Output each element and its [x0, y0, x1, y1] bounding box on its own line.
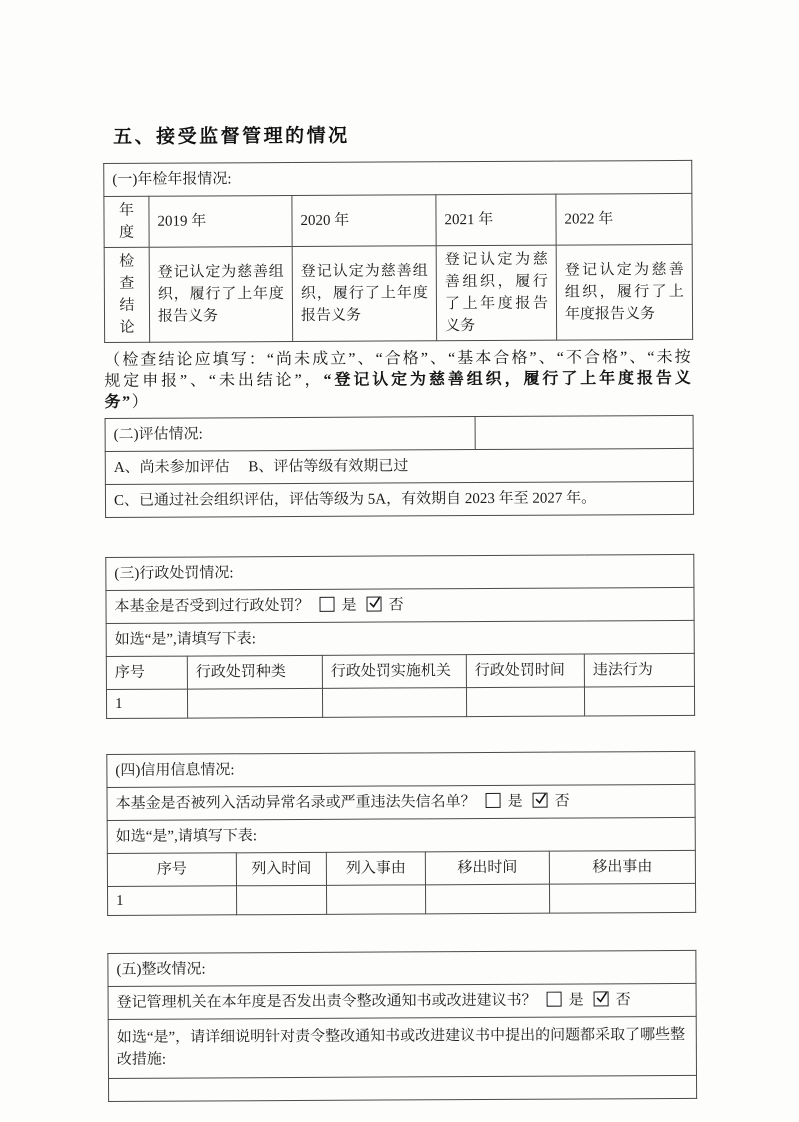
- conclusion-note-suffix: ）: [132, 394, 150, 411]
- year-cell: 2021 年: [436, 194, 556, 246]
- conclusion-note: （检查结论应填写：“尚未成立”、“合格”、“基本合格”、“不合格”、“未按规定申…: [104, 347, 692, 413]
- rectification-yes-label: 是: [569, 992, 584, 1008]
- penalty-question-cell: 本基金是否受到过行政处罚？是否: [106, 587, 694, 623]
- conclusion-cell: 登记认定为慈善组织，履行了上年度报告义务: [556, 244, 692, 340]
- conclusion-cell: 登记认定为慈善组织，履行了上年度报告义务: [292, 246, 436, 342]
- rectification-question-text: 登记管理机关在本年度是否发出责令整改通知书或改进建议书？: [117, 993, 537, 1011]
- penalty-column-header: 行政处罚时间: [466, 654, 584, 688]
- penalty-column-header: 序号: [106, 656, 187, 689]
- credit-data-cell: [425, 884, 549, 914]
- evaluation-result: C、已通过社会组织评估，评估等级为 5A，有效期自 2023 年至 2027 年…: [105, 481, 693, 517]
- credit-data-cell: [326, 885, 425, 915]
- penalty-question-text: 本基金是否受到过行政处罚？: [114, 598, 309, 615]
- annual-inspection-section-label: (一)年检年报情况:: [104, 160, 692, 196]
- administrative-penalty-table: (三)行政处罚情况: 本基金是否受到过行政处罚？是否 如选“是”,请填写下表: …: [105, 554, 695, 719]
- credit-column-header: 列入事由: [326, 852, 425, 886]
- form-content: 五、接受监督管理的情况 (一)年检年报情况: 年度 2019 年 2020 年 …: [103, 119, 696, 1102]
- penalty-data-cell: [466, 687, 584, 717]
- evaluation-section-label: (二)评估情况:: [105, 417, 475, 452]
- rectification-empty-cell: [109, 1075, 697, 1101]
- page-title: 五、接受监督管理的情况: [113, 119, 691, 149]
- year-cell: 2022 年: [556, 193, 692, 245]
- credit-instruction: 如选“是”,请填写下表:: [107, 817, 695, 853]
- annual-inspection-table: (一)年检年报情况: 年度 2019 年 2020 年 2021 年 2022 …: [103, 160, 693, 343]
- rectification-yes-checkbox: [547, 992, 562, 1007]
- credit-column-header: 移出时间: [425, 851, 549, 885]
- conclusion-cell: 登记认定为慈善组织，履行了上年度报告义务: [149, 247, 292, 343]
- rectification-no-label: 否: [616, 992, 631, 1008]
- penalty-section-label: (三)行政处罚情况:: [106, 554, 694, 590]
- year-header-cell: 年度: [104, 196, 149, 247]
- credit-yes-checkbox: [486, 793, 501, 808]
- checkmark-icon: [368, 596, 382, 610]
- rectification-question-cell: 登记管理机关在本年度是否发出责令整改通知书或改进建议书？是否: [108, 983, 696, 1019]
- penalty-column-header: 行政处罚种类: [187, 655, 322, 689]
- credit-row-number: 1: [108, 886, 237, 916]
- penalty-yes-checkbox: [320, 597, 335, 612]
- credit-no-label: 否: [555, 794, 570, 810]
- penalty-row-number: 1: [106, 689, 187, 718]
- penalty-data-cell: [584, 686, 694, 716]
- penalty-column-header: 违法行为: [584, 653, 694, 687]
- credit-question-cell: 本基金是否被列入活动异常名录或严重违法失信名单？是否: [107, 784, 695, 820]
- penalty-data-cell: [187, 688, 322, 718]
- evaluation-empty-cell: [475, 415, 693, 449]
- conclusion-header-cell: 检查结论: [104, 247, 149, 342]
- checkmark-icon: [534, 792, 548, 806]
- credit-data-cell: [549, 883, 695, 913]
- credit-data-cell: [237, 885, 327, 914]
- checkmark-icon: [595, 990, 609, 1004]
- year-cell: 2020 年: [292, 195, 436, 247]
- rectification-no-checkbox-checked: [594, 991, 609, 1006]
- penalty-instruction: 如选“是”,请填写下表:: [106, 620, 694, 656]
- rectification-instruction: 如选“是”，请详细说明针对责令整改通知书或改进建议书中提出的问题都采取了哪些整改…: [108, 1016, 696, 1078]
- conclusion-cell: 登记认定为慈善组织，履行了上年度报告义务: [436, 245, 556, 341]
- penalty-no-label: 否: [389, 597, 404, 613]
- rectification-table: (五)整改情况: 登记管理机关在本年度是否发出责令整改通知书或改进建议书？是否 …: [107, 950, 697, 1102]
- document-page: 五、接受监督管理的情况 (一)年检年报情况: 年度 2019 年 2020 年 …: [0, 0, 799, 1122]
- credit-yes-label: 是: [508, 794, 523, 810]
- penalty-yes-label: 是: [342, 598, 357, 614]
- credit-column-header: 移出事由: [549, 850, 695, 884]
- penalty-no-checkbox-checked: [367, 597, 382, 612]
- evaluation-options: A、尚未参加评估 B、评估等级有效期已过: [105, 448, 693, 484]
- year-cell: 2019 年: [149, 196, 292, 248]
- credit-information-table: (四)信用信息情况: 本基金是否被列入活动异常名录或严重违法失信名单？是否 如选…: [106, 751, 696, 916]
- credit-no-checkbox-checked: [533, 793, 548, 808]
- rectification-section-label: (五)整改情况:: [108, 950, 696, 986]
- penalty-column-header: 行政处罚实施机关: [322, 655, 466, 689]
- credit-column-header: 序号: [107, 853, 236, 887]
- credit-question-text: 本基金是否被列入活动异常名录或严重违法失信名单？: [116, 794, 476, 812]
- evaluation-table: (二)评估情况: A、尚未参加评估 B、评估等级有效期已过 C、已通过社会组织评…: [105, 415, 695, 518]
- penalty-data-cell: [322, 688, 466, 718]
- credit-column-header: 列入时间: [236, 852, 326, 885]
- credit-section-label: (四)信用信息情况:: [107, 751, 695, 787]
